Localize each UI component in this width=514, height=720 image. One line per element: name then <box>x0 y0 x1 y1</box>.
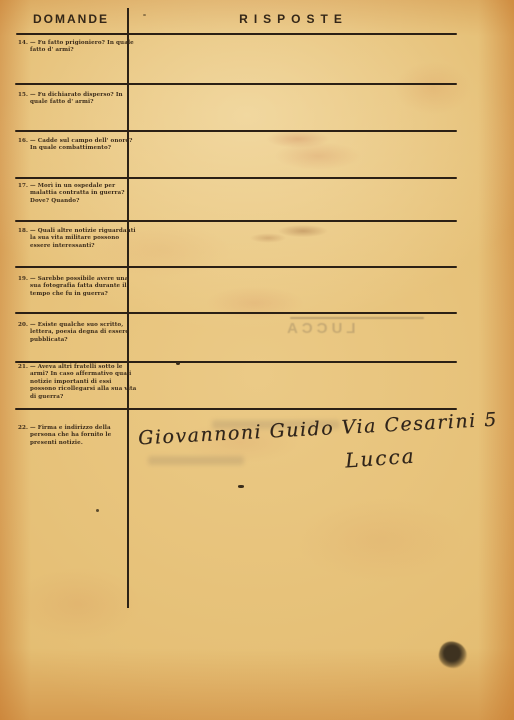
paper-speck <box>176 362 180 365</box>
bleedthrough-line <box>290 317 424 319</box>
question-number: 22. <box>18 425 28 432</box>
row-rule <box>15 266 457 268</box>
paper-speck <box>143 14 146 16</box>
question-number: 19. <box>18 276 28 283</box>
row-rule <box>15 220 457 222</box>
question-text: — Fu dichiarato disperso? In quale fatto… <box>30 92 123 105</box>
paper-speck <box>238 485 244 488</box>
row-rule <box>15 83 457 85</box>
question-text: — Firma e indirizzo della persona che ha… <box>30 425 111 446</box>
bleedthrough-smudge <box>148 456 244 465</box>
answers-column-heading: RISPOSTE <box>130 12 457 26</box>
question-item-22: 22. — Firma e indirizzo della persona ch… <box>18 425 137 447</box>
question-text: — Esiste qualche suo scritto, lettera, p… <box>30 322 129 343</box>
question-number: 14. <box>18 40 28 47</box>
row-rule <box>15 312 457 314</box>
question-number: 16. <box>18 138 28 145</box>
questions-column-heading: DOMANDE <box>15 12 127 26</box>
question-text: — Aveva altri fratelli sotto le armi? In… <box>30 364 136 400</box>
header-rule <box>16 33 457 35</box>
row-rule <box>15 408 457 410</box>
row-rule <box>15 361 457 363</box>
question-text: — Morì in un ospedale per malattia contr… <box>30 183 125 204</box>
handwritten-signature-line: Giovannoni Guido Via Cesarini 5 <box>138 409 499 450</box>
question-number: 15. <box>18 92 28 99</box>
question-item-16: 16. — Cadde sul campo dell' onore? In qu… <box>18 138 137 153</box>
row-rule <box>15 177 457 179</box>
question-number: 17. <box>18 183 28 190</box>
paper-speck <box>96 509 99 512</box>
question-item-20: 20. — Esiste qualche suo scritto, letter… <box>18 322 137 344</box>
handwritten-city-line: Lucca <box>344 444 416 473</box>
question-item-14: 14. — Fu fatto prigioniero? In quale fat… <box>18 40 137 55</box>
question-text: — Fu fatto prigioniero? In quale fatto d… <box>30 40 134 53</box>
question-number: 18. <box>18 228 28 235</box>
question-item-21: 21. — Aveva altri fratelli sotto le armi… <box>18 364 137 401</box>
question-item-19: 19. — Sarebbe possibile avere una sua fo… <box>18 276 137 298</box>
question-text: — Sarebbe possibile avere una sua fotogr… <box>30 276 128 297</box>
question-text: — Cadde sul campo dell' onore? In quale … <box>30 138 132 151</box>
question-number: 21. <box>18 364 28 371</box>
question-item-18: 18. — Quali altre notizie riguardanti la… <box>18 228 137 250</box>
question-text: — Quali altre notizie riguardanti la sua… <box>30 228 136 249</box>
question-number: 20. <box>18 322 28 329</box>
ink-blot-stain <box>436 639 470 671</box>
question-item-17: 17. — Morì in un ospedale per malattia c… <box>18 183 137 205</box>
aged-paper-background: DOMANDE RISPOSTE 14. — Fu fatto prigioni… <box>0 0 514 720</box>
bleedthrough-text: LUCCA <box>283 320 356 337</box>
row-rule <box>15 130 457 132</box>
question-item-15: 15. — Fu dichiarato disperso? In quale f… <box>18 92 137 107</box>
